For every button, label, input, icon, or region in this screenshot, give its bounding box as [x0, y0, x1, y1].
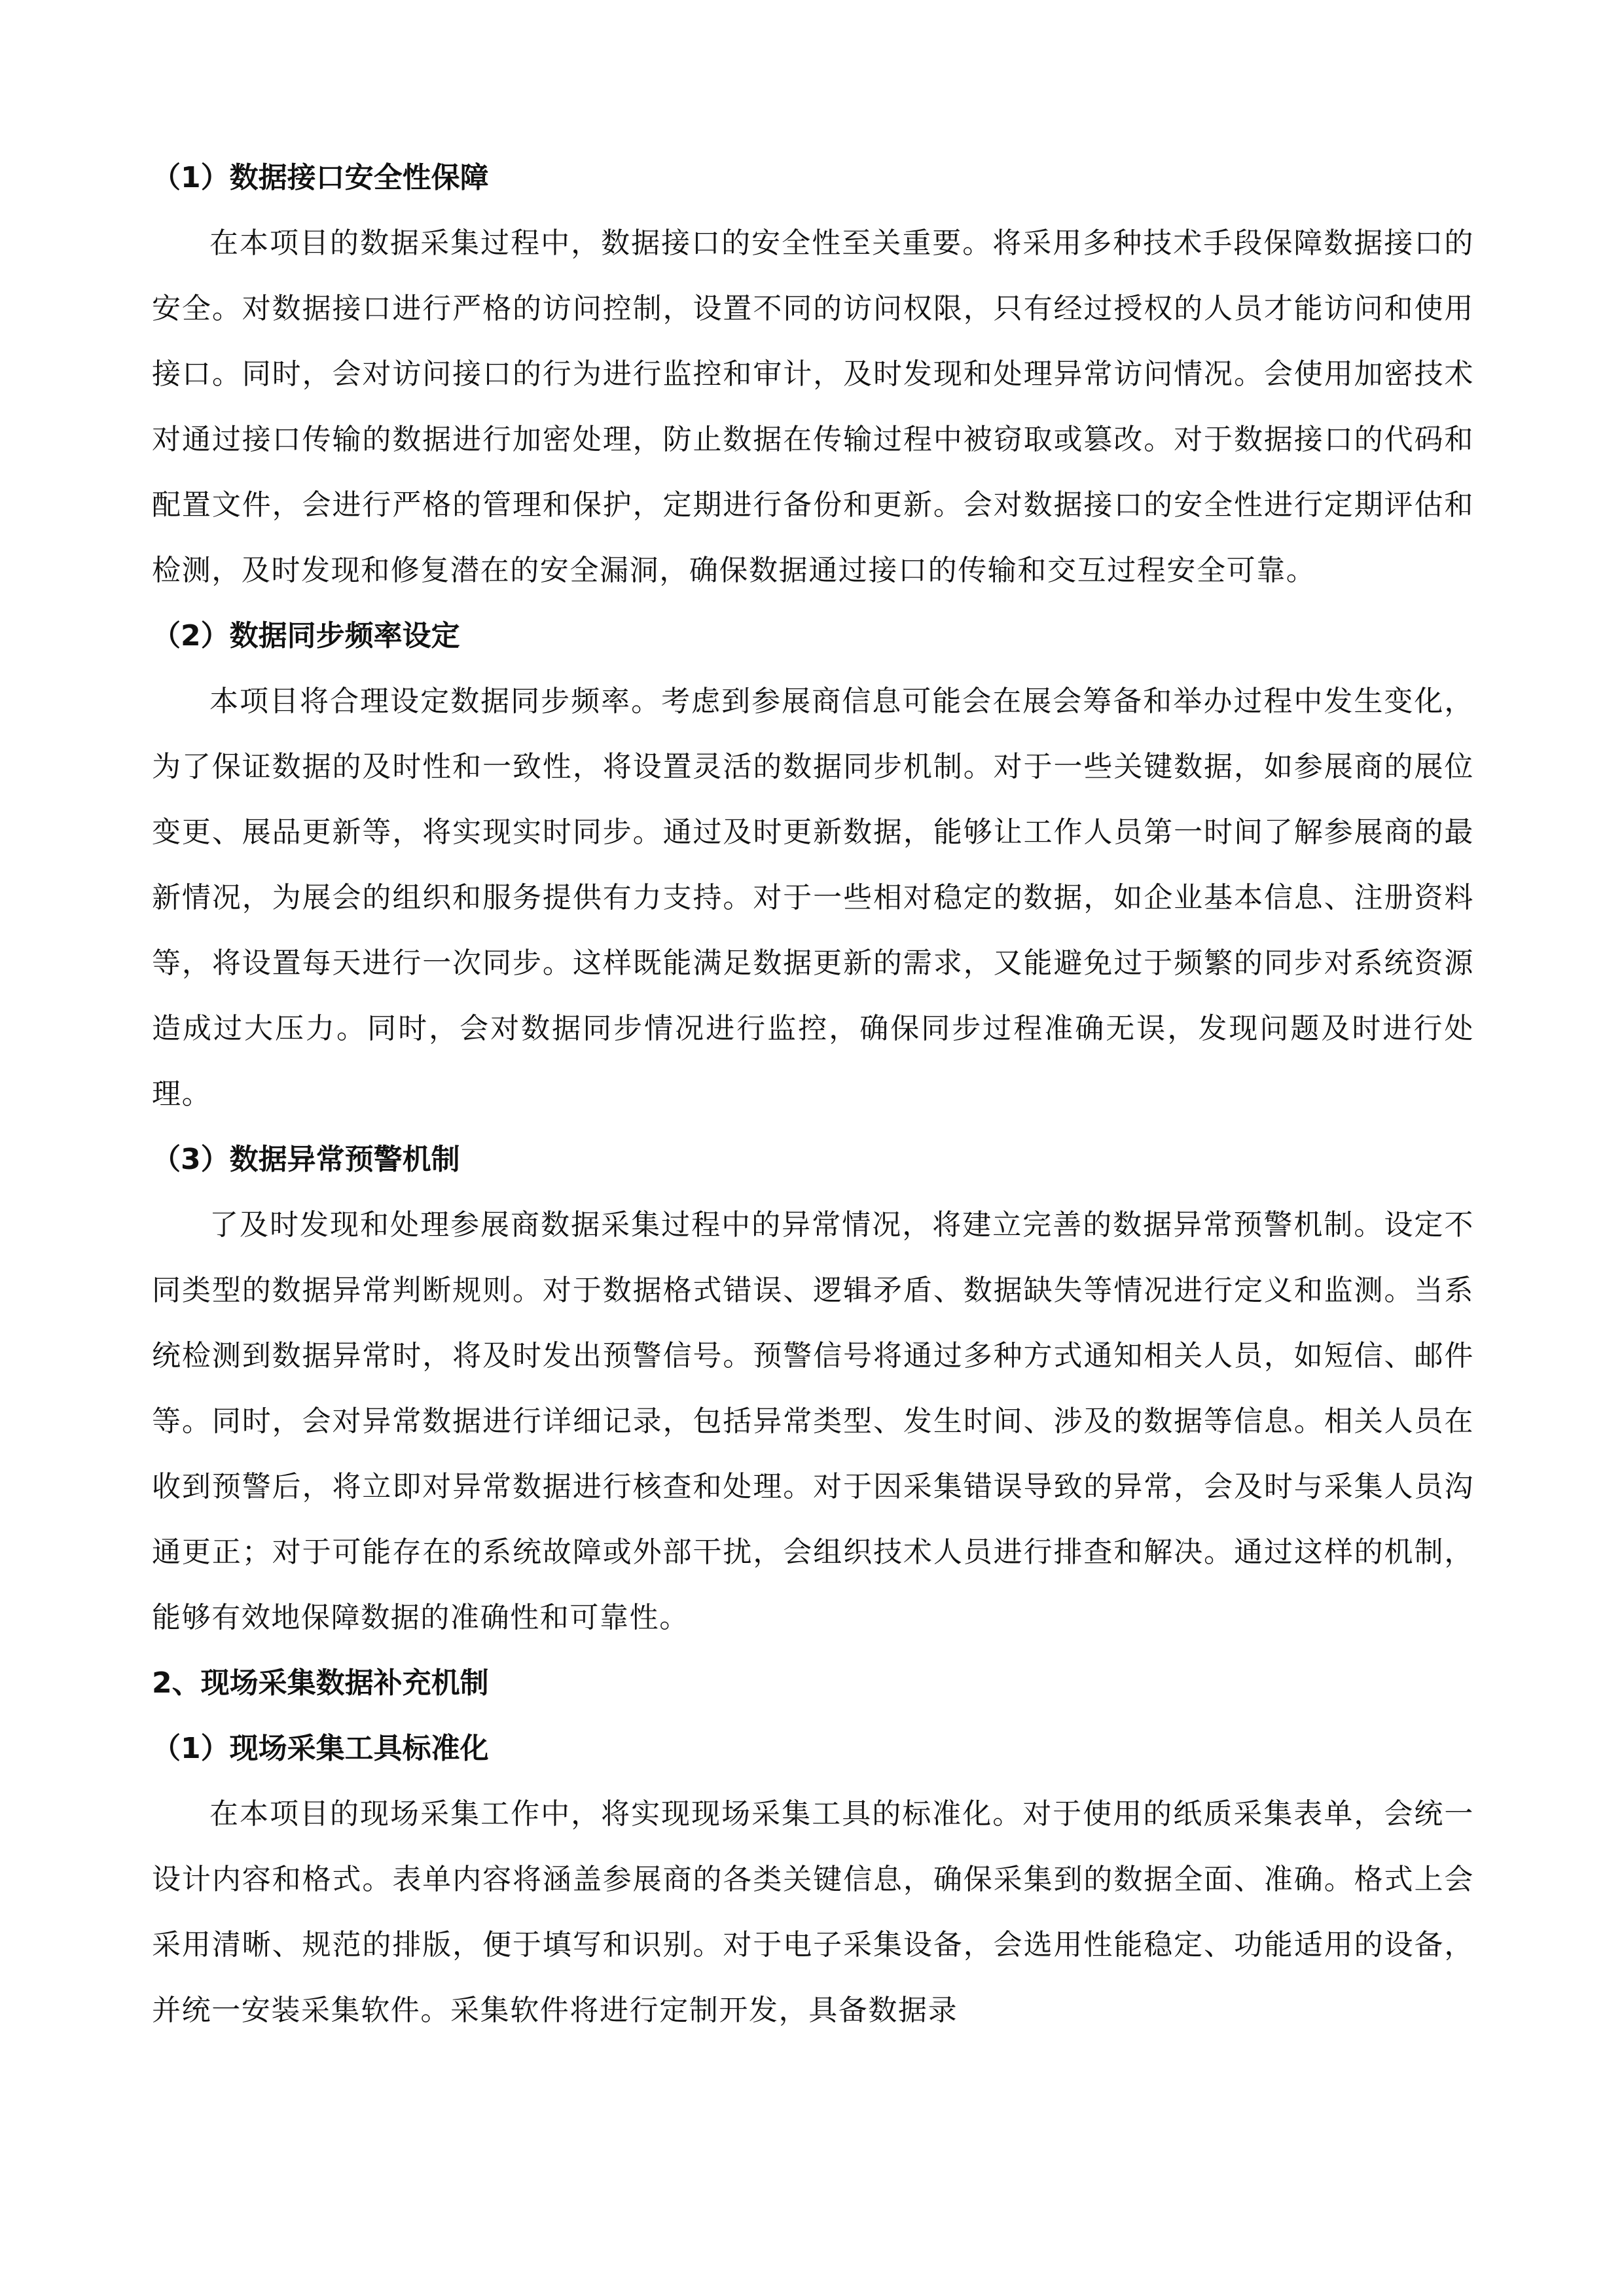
section-heading-anomaly-alert: （3）数据异常预警机制: [152, 1127, 1474, 1193]
section-heading-tool-standardization: （1）现场采集工具标准化: [152, 1716, 1474, 1782]
paragraph-anomaly-alert: 了及时发现和处理参展商数据采集过程中的异常情况，将建立完善的数据异常预警机制。设…: [152, 1193, 1474, 1651]
section-heading-interface-security: （1）数据接口安全性保障: [152, 145, 1474, 211]
paragraph-tool-standardization: 在本项目的现场采集工作中，将实现现场采集工具的标准化。对于使用的纸质采集表单，会…: [152, 1782, 1474, 2043]
document-page: （1）数据接口安全性保障 在本项目的数据采集过程中，数据接口的安全性至关重要。将…: [152, 145, 1474, 2043]
paragraph-sync-frequency: 本项目将合理设定数据同步频率。考虑到参展商信息可能会在展会筹备和举办过程中发生变…: [152, 669, 1474, 1127]
chapter-heading-onsite-collection: 2、现场采集数据补充机制: [152, 1651, 1474, 1716]
paragraph-interface-security: 在本项目的数据采集过程中，数据接口的安全性至关重要。将采用多种技术手段保障数据接…: [152, 211, 1474, 603]
section-heading-sync-frequency: （2）数据同步频率设定: [152, 603, 1474, 669]
